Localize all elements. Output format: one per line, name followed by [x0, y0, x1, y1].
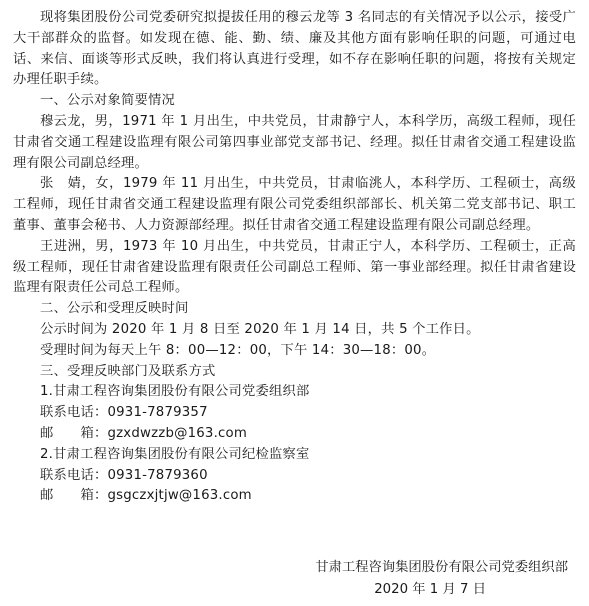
contact-email: 邮 箱：gsgczxjtjw@163.com [13, 486, 576, 507]
publicity-period: 公示时间为 2020 年 1 月 8 日至 2020 年 1 月 14 日，共 … [13, 320, 576, 341]
contact-department: 2.甘肃工程咨询集团股份有限公司纪检监察室 [13, 445, 576, 466]
notice-document: 现将集团股份公司党委研究拟提拔任用的穆云龙等 3 名同志的有关情况予以公示，接受… [13, 8, 576, 507]
intro-paragraph: 现将集团股份公司党委研究拟提拔任用的穆云龙等 3 名同志的有关情况予以公示，接受… [13, 8, 576, 91]
section-heading-period: 二、公示和受理反映时间 [13, 299, 576, 320]
contact-phone: 联系电话：0931-7879357 [13, 403, 576, 424]
signature-date: 2020 年 1 月 7 日 [374, 580, 486, 600]
section-heading-candidates: 一、公示对象简要情况 [13, 91, 576, 112]
contact-phone: 联系电话：0931-7879360 [13, 466, 576, 487]
section-heading-contacts: 三、受理反映部门及联系方式 [13, 362, 576, 383]
candidate-paragraph: 张 婧，女，1979 年 11 月出生，中共党员，甘肃临洮人，本科学历、工程硕士… [13, 174, 576, 236]
signature-organization: 甘肃工程咨询集团股份有限公司党委组织部 [315, 558, 568, 578]
candidate-paragraph: 王进洲，男，1973 年 10 月出生，中共党员，甘肃正宁人，本科学历、工程硕士… [13, 237, 576, 299]
contact-email: 邮 箱：gzxdwzzb@163.com [13, 424, 576, 445]
contact-department: 1.甘肃工程咨询集团股份有限公司党委组织部 [13, 382, 576, 403]
office-hours: 受理时间为每天上午 8：00—12：00，下午 14：30—18：00。 [13, 341, 576, 362]
candidate-paragraph: 穆云龙，男，1971 年 1 月出生，中共党员，甘肃静宁人，本科学历，高级工程师… [13, 112, 576, 174]
